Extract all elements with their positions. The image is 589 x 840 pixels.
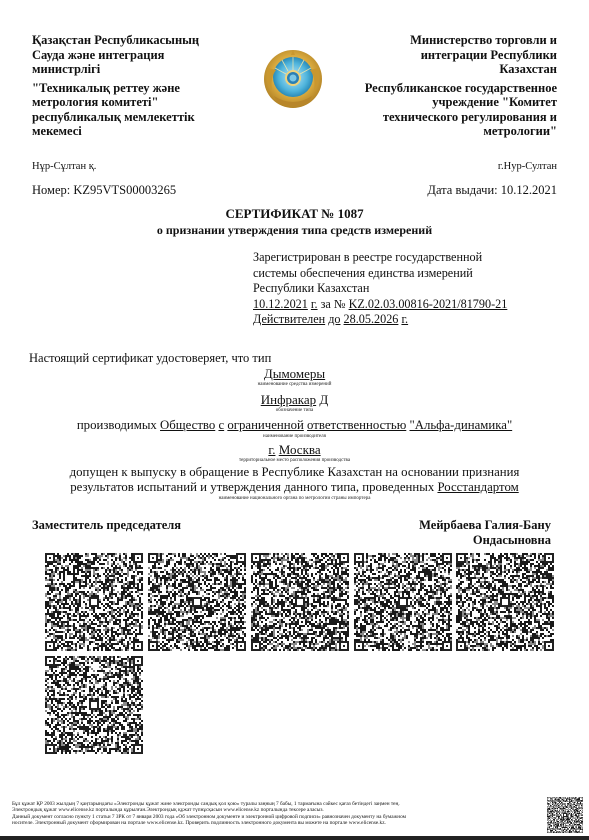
header-left-kz: Қазақстан Республикасының Сауда және инт… [32, 33, 252, 139]
statement-block: допущен к выпуску в обращение в Республи… [0, 465, 589, 502]
statement-line: допущен к выпуску в обращение в Республи… [0, 465, 589, 480]
signatory-name: Мейрбаева Галия-Бану Ондасыновна [419, 518, 551, 548]
registration-line: Республики Казахстан [253, 281, 553, 297]
certificate-number: Номер: KZ95VTS00003265 [32, 183, 176, 198]
footer-qr-code-icon [547, 797, 583, 833]
issue-date-label: Дата выдачи: [427, 183, 497, 197]
ministry-kz: Қазақстан Республикасының Сауда және инт… [32, 33, 252, 77]
type-designation-block: Инфракар Д обозначение типа [0, 392, 589, 414]
location-block: г. Москва территориальное место располож… [0, 442, 589, 464]
header-right-ru: Министерство торговли и интеграции Респу… [317, 33, 557, 139]
issue-date-value: 10.12.2021 [501, 183, 557, 197]
registration-number: KZ.02.03.00816-2021/81790-21 [349, 297, 508, 311]
registration-number-line: 10.12.2021 г. за № KZ.02.03.00816-2021/8… [253, 297, 553, 313]
validity-line: Действителен до 28.05.2026 г. [253, 312, 553, 328]
footer-border [0, 836, 589, 840]
number-label: Номер: [32, 183, 70, 197]
city-kz: Нұр-Сұлтан қ. [32, 161, 96, 172]
qr-code-icon [45, 656, 143, 754]
qr-code-icon [45, 553, 143, 651]
certificate-intro: Настоящий сертификат удостоверяет, что т… [29, 351, 271, 366]
instrument-name: Дымомеры [0, 366, 589, 381]
qr-code-icon [456, 553, 554, 651]
state-emblem-icon [262, 46, 324, 112]
qr-code-icon [354, 553, 452, 651]
city-ru: г.Нур-Султан [498, 161, 557, 172]
national-body: Росстандартом [437, 480, 518, 494]
number-value: KZ95VTS00003265 [73, 183, 176, 197]
type-designation: Инфракар Д [0, 392, 589, 407]
statement-line: результатов испытаний и утверждения данн… [0, 480, 589, 495]
title-main: СЕРТИФИКАТ № 1087 [0, 206, 589, 222]
footer-disclaimer: Бұл құжат ҚР 2003 жылдың 7 қаңтарындағы … [12, 801, 532, 827]
issue-date: Дата выдачи: 10.12.2021 [427, 183, 557, 198]
registration-block: Зарегистрирован в реестре государственно… [253, 250, 553, 328]
registration-date: 10.12.2021 [253, 297, 308, 311]
production-location: г. Москва [0, 442, 589, 457]
valid-until-date: 28.05.2026 [344, 312, 399, 326]
manufacturer-block: производимых Общество с ограниченной отв… [0, 418, 589, 440]
national-body-caption: наименование национального органа по мет… [0, 495, 589, 502]
qr-code-icon [251, 553, 349, 651]
type-designation-caption: обозначение типа [0, 407, 589, 414]
manufacturer-caption: наименование производителя [0, 433, 589, 440]
instrument-name-caption: наименование средства измерений [0, 381, 589, 388]
title-sub: о признании утверждения типа средств изм… [0, 222, 589, 238]
location-caption: территориальное место расположения произ… [0, 457, 589, 464]
signatory-position: Заместитель председателя [32, 518, 181, 533]
registration-line: системы обеспечения единства измерений [253, 266, 553, 282]
registration-line: Зарегистрирован в реестре государственно… [253, 250, 553, 266]
qr-code-icon [148, 553, 246, 651]
committee-ru: Республиканское государственное учрежден… [317, 81, 557, 139]
instrument-name-block: Дымомеры наименование средства измерений [0, 366, 589, 388]
manufacturer: производимых Общество с ограниченной отв… [0, 418, 589, 433]
committee-kz: "Техникалық реттеу және метрология комит… [32, 81, 252, 139]
ministry-ru: Министерство торговли и интеграции Респу… [317, 33, 557, 77]
certificate-title: СЕРТИФИКАТ № 1087 о признании утверждени… [0, 206, 589, 238]
